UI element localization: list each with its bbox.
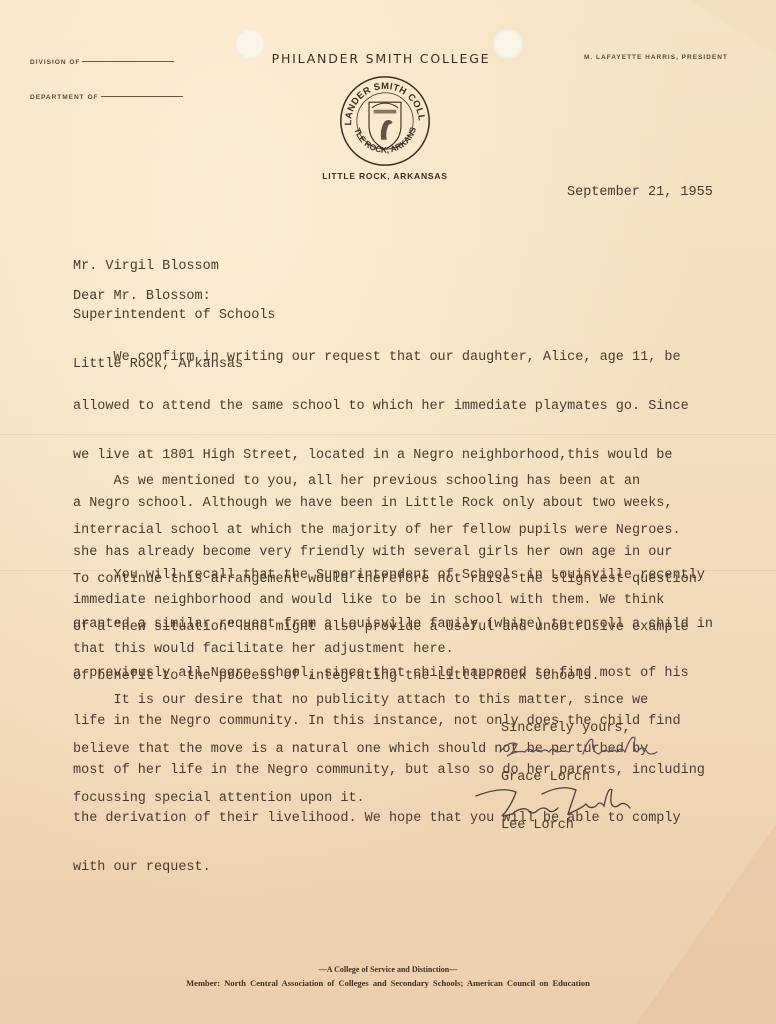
text-line: As we mentioned to you, all her previous…: [73, 474, 697, 490]
text-line: You will recall that the Superintendent …: [73, 568, 713, 584]
department-label: DEPARTMENT OF: [30, 94, 99, 101]
salutation: Dear Mr. Blossom:: [73, 289, 211, 305]
letter-date: September 21, 1955: [567, 185, 713, 201]
signature-grace-lorch: [495, 730, 665, 766]
department-field: DEPARTMENT OF: [30, 94, 183, 101]
college-location: LITTLE ROCK, ARKANSAS: [300, 171, 470, 181]
text-line: We confirm in writing our request that o…: [73, 350, 689, 366]
signature-lee-lorch: [472, 780, 642, 822]
text-line: allowed to attend the same school to whi…: [73, 399, 689, 415]
division-label: DIVISION OF: [30, 59, 80, 66]
svg-text:PHILANDER SMITH COLLEGE: PHILANDER SMITH COLLEGE: [338, 74, 428, 125]
text-line: with our request.: [73, 860, 713, 876]
division-field: DIVISION OF: [30, 59, 174, 66]
text-line: granted a similar request from a Louisvi…: [73, 617, 713, 633]
college-motto: —A College of Service and Distinction—: [0, 965, 776, 974]
text-line: It is our desire that no publicity attac…: [73, 693, 648, 709]
college-seal-icon: PHILANDER SMITH COLLEGE LITTLE ROCK, ARK…: [338, 74, 432, 168]
membership-line: Member: North Central Association of Col…: [0, 978, 776, 988]
college-name: PHILANDER SMITH COLLEGE: [248, 51, 514, 66]
recipient-name: Mr. Virgil Blossom: [73, 259, 276, 275]
typed-name-lee: Lee Lorch: [501, 818, 574, 834]
president-name: M. LAFAYETTE HARRIS, PRESIDENT: [584, 54, 728, 61]
paper-fold-top: [691, 0, 776, 55]
